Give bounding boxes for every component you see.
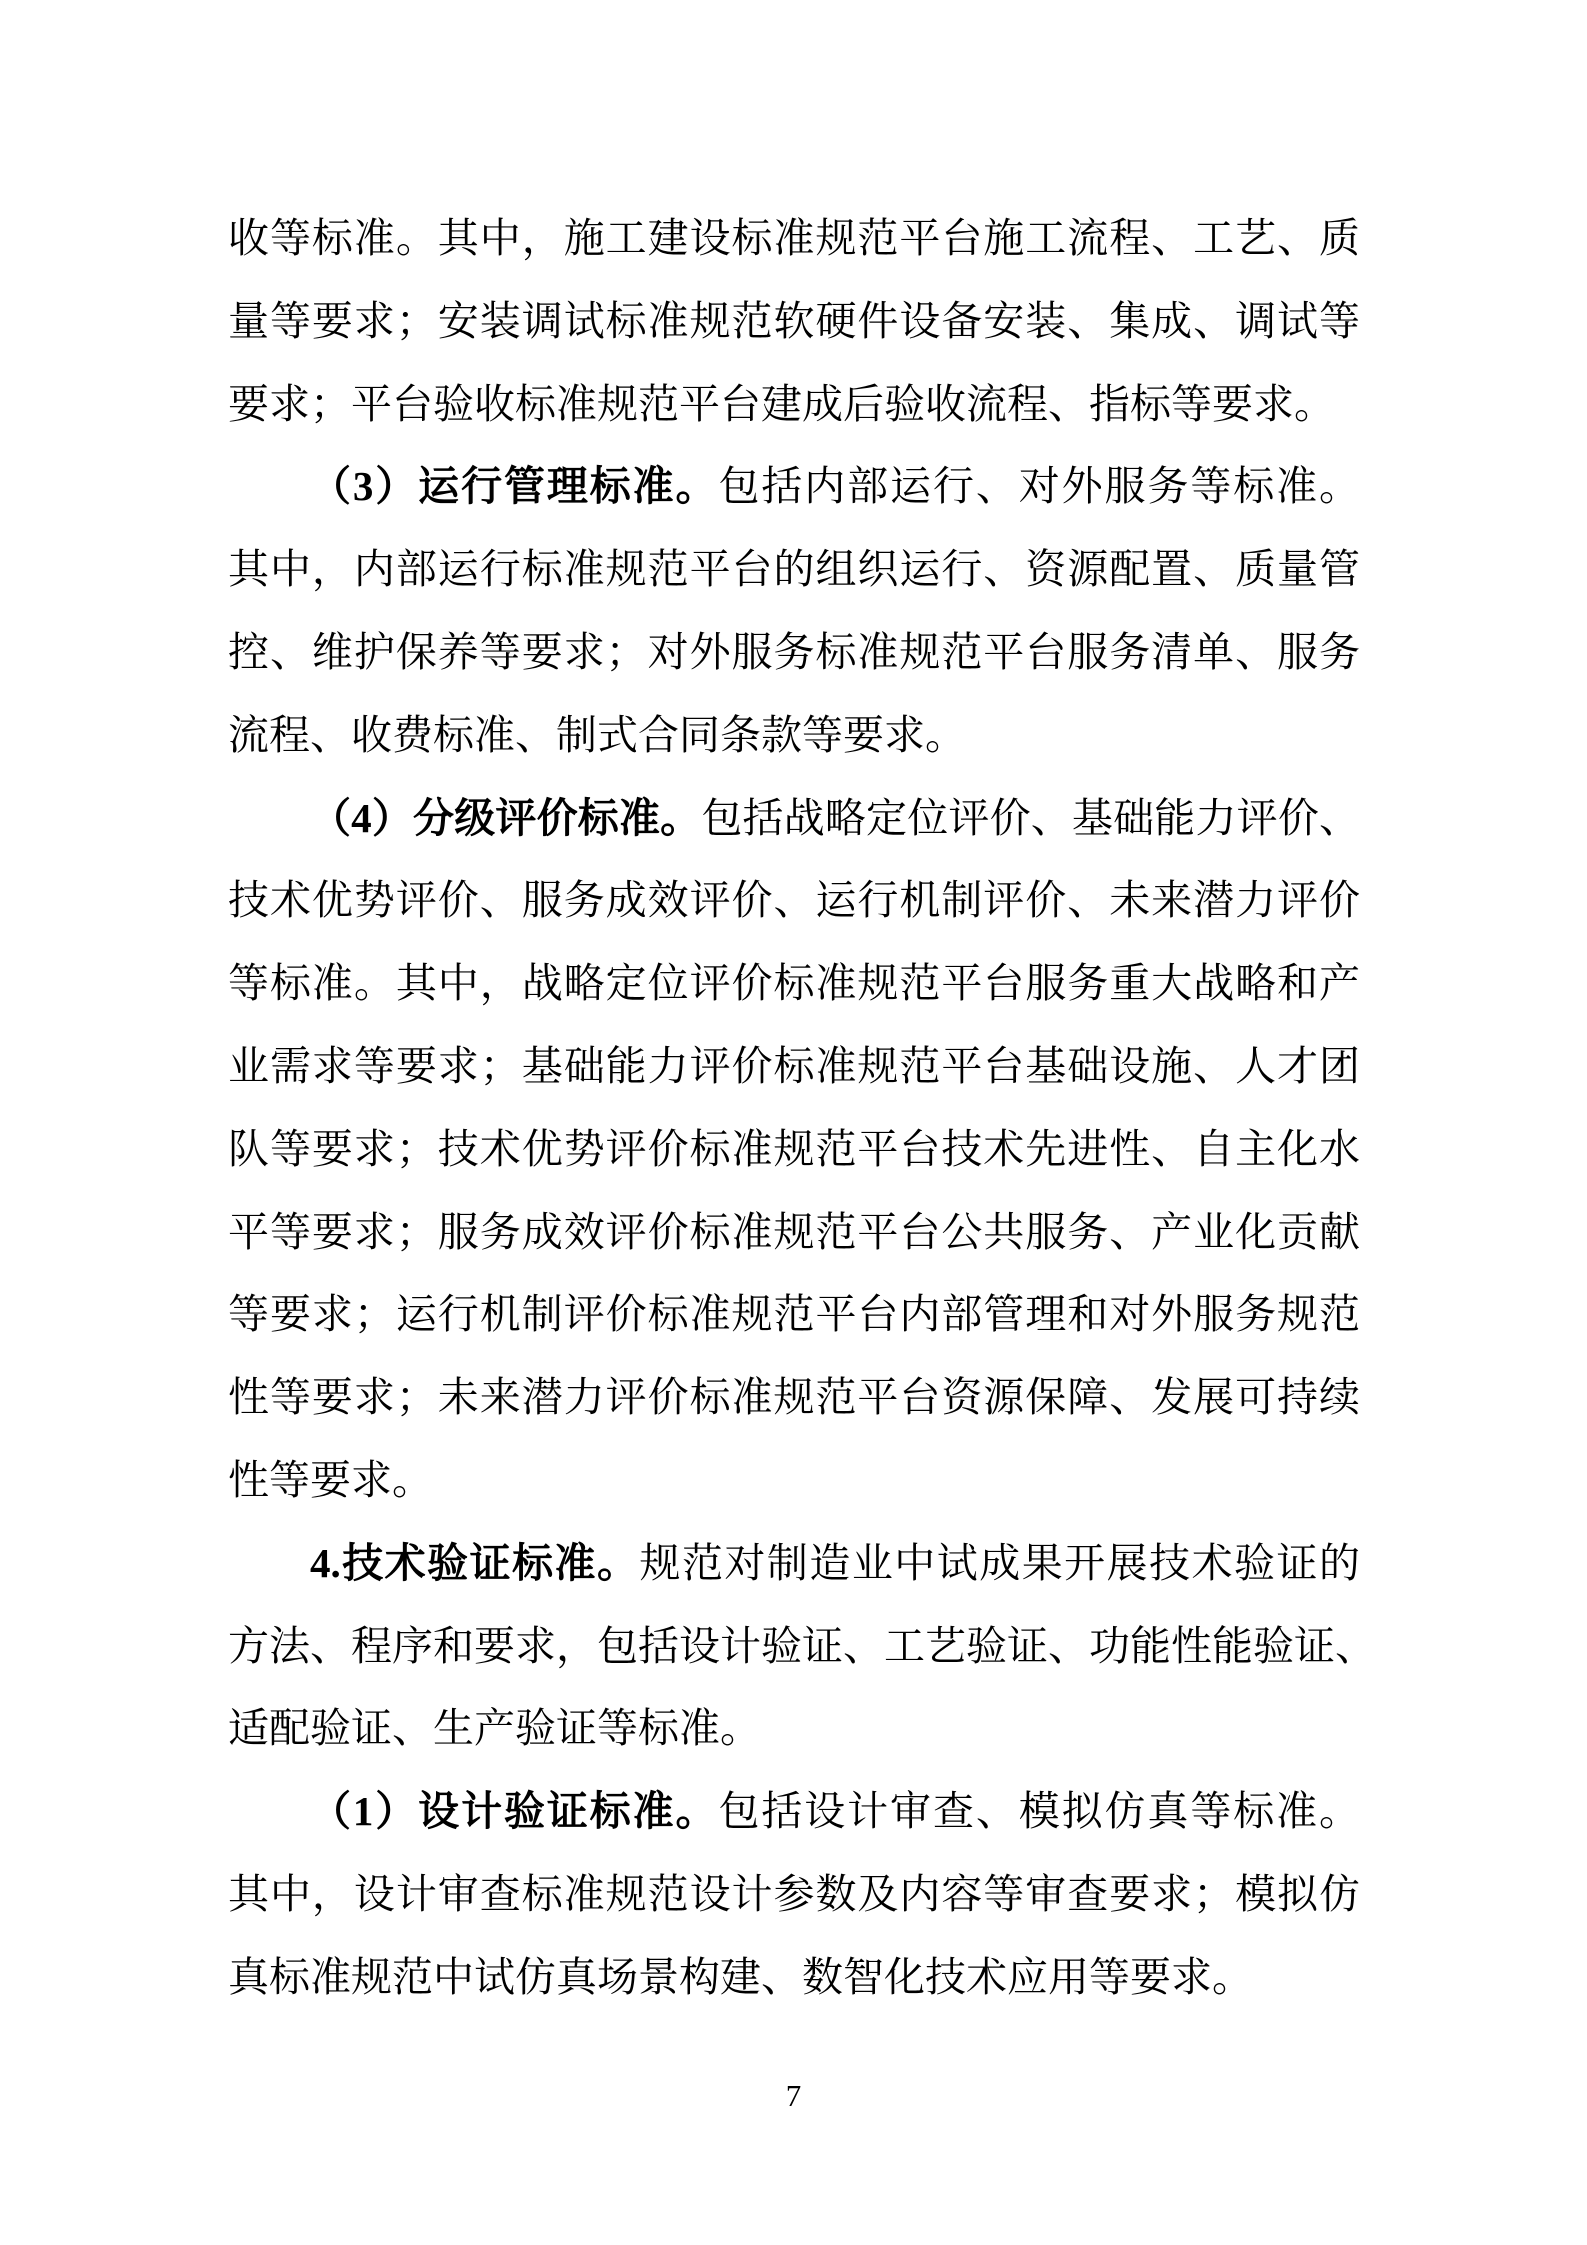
text-line: 方法、程序和要求，包括设计验证、工艺验证、功能性能验证、	[228, 1605, 1360, 1688]
text-line: 性等要求；未来潜力评价标准规范平台资源保障、发展可持续	[228, 1356, 1360, 1439]
text-run: 业需求等要求；基础能力评价标准规范平台基础设施、人才团	[228, 1043, 1360, 1089]
text-line: 技术优势评价、服务成效评价、运行机制评价、未来潜力评价	[228, 859, 1360, 942]
text-run: 性等要求；未来潜力评价标准规范平台资源保障、发展可持续	[228, 1374, 1360, 1420]
text-line: 控、维护保养等要求；对外服务标准规范平台服务清单、服务	[228, 611, 1360, 694]
text-line: 其中，设计审查标准规范设计参数及内容等审查要求；模拟仿	[228, 1853, 1360, 1936]
text-line: （1）设计验证标准。包括设计审查、模拟仿真等标准。	[228, 1770, 1360, 1853]
document-body: 收等标准。其中，施工建设标准规范平台施工流程、工艺、质量等要求；安装调试标准规范…	[228, 197, 1360, 2019]
text-run: 要求；平台验收标准规范平台建成后验收流程、指标等要求。	[228, 381, 1335, 427]
text-run: 性等要求。	[228, 1457, 433, 1503]
text-run: 技术优势评价、服务成效评价、运行机制评价、未来潜力评价	[228, 877, 1360, 923]
text-line: （3）运行管理标准。包括内部运行、对外服务等标准。	[228, 445, 1360, 528]
text-run: 队等要求；技术优势评价标准规范平台技术先进性、自主化水	[228, 1126, 1360, 1172]
text-line: 队等要求；技术优势评价标准规范平台技术先进性、自主化水	[228, 1108, 1360, 1191]
text-line: 业需求等要求；基础能力评价标准规范平台基础设施、人才团	[228, 1025, 1360, 1108]
text-line: 要求；平台验收标准规范平台建成后验收流程、指标等要求。	[228, 363, 1360, 446]
text-line: 平等要求；服务成效评价标准规范平台公共服务、产业化贡献	[228, 1191, 1360, 1274]
page-number: 7	[0, 2076, 1587, 2116]
heading-run: 4.技术验证标准。	[310, 1540, 640, 1586]
document-page: 收等标准。其中，施工建设标准规范平台施工流程、工艺、质量等要求；安装调试标准规范…	[0, 0, 1587, 2245]
text-run: 量等要求；安装调试标准规范软硬件设备安装、集成、调试等	[228, 298, 1360, 344]
text-run: 等要求；运行机制评价标准规范平台内部管理和对外服务规范	[228, 1291, 1360, 1337]
text-line: 流程、收费标准、制式合同条款等要求。	[228, 694, 1360, 777]
text-run: 收等标准。其中，施工建设标准规范平台施工流程、工艺、质	[228, 215, 1360, 261]
text-line: 量等要求；安装调试标准规范软硬件设备安装、集成、调试等	[228, 280, 1360, 363]
text-run: 其中，设计审查标准规范设计参数及内容等审查要求；模拟仿	[228, 1871, 1360, 1917]
text-line: 性等要求。	[228, 1439, 1360, 1522]
text-line: 真标准规范中试仿真场景构建、数智化技术应用等要求。	[228, 1936, 1360, 2019]
text-line: 适配验证、生产验证等标准。	[228, 1687, 1360, 1770]
text-line: 收等标准。其中，施工建设标准规范平台施工流程、工艺、质	[228, 197, 1360, 280]
text-run: 包括设计审查、模拟仿真等标准。	[718, 1788, 1360, 1834]
text-run: 包括内部运行、对外服务等标准。	[718, 463, 1360, 509]
text-run: 平等要求；服务成效评价标准规范平台公共服务、产业化贡献	[228, 1209, 1360, 1255]
text-run: 流程、收费标准、制式合同条款等要求。	[228, 712, 966, 758]
text-run: 适配验证、生产验证等标准。	[228, 1705, 761, 1751]
text-line: 等标准。其中，战略定位评价标准规范平台服务重大战略和产	[228, 942, 1360, 1025]
text-run: 控、维护保养等要求；对外服务标准规范平台服务清单、服务	[228, 629, 1360, 675]
text-line: 4.技术验证标准。规范对制造业中试成果开展技术验证的	[228, 1522, 1360, 1605]
text-line: 等要求；运行机制评价标准规范平台内部管理和对外服务规范	[228, 1273, 1360, 1356]
text-run: 包括战略定位评价、基础能力评价、	[701, 795, 1360, 841]
text-line: 其中，内部运行标准规范平台的组织运行、资源配置、质量管	[228, 528, 1360, 611]
text-run: 等标准。其中，战略定位评价标准规范平台服务重大战略和产	[228, 960, 1360, 1006]
text-run: 规范对制造业中试成果开展技术验证的	[640, 1540, 1361, 1586]
text-run: 真标准规范中试仿真场景构建、数智化技术应用等要求。	[228, 1954, 1253, 2000]
text-run: 其中，内部运行标准规范平台的组织运行、资源配置、质量管	[228, 546, 1360, 592]
heading-run: （4）分级评价标准。	[310, 795, 701, 841]
text-line: （4）分级评价标准。包括战略定位评价、基础能力评价、	[228, 777, 1360, 860]
heading-run: （1）设计验证标准。	[310, 1788, 718, 1834]
heading-run: （3）运行管理标准。	[310, 463, 718, 509]
text-run: 方法、程序和要求，包括设计验证、工艺验证、功能性能验证、	[228, 1623, 1376, 1669]
